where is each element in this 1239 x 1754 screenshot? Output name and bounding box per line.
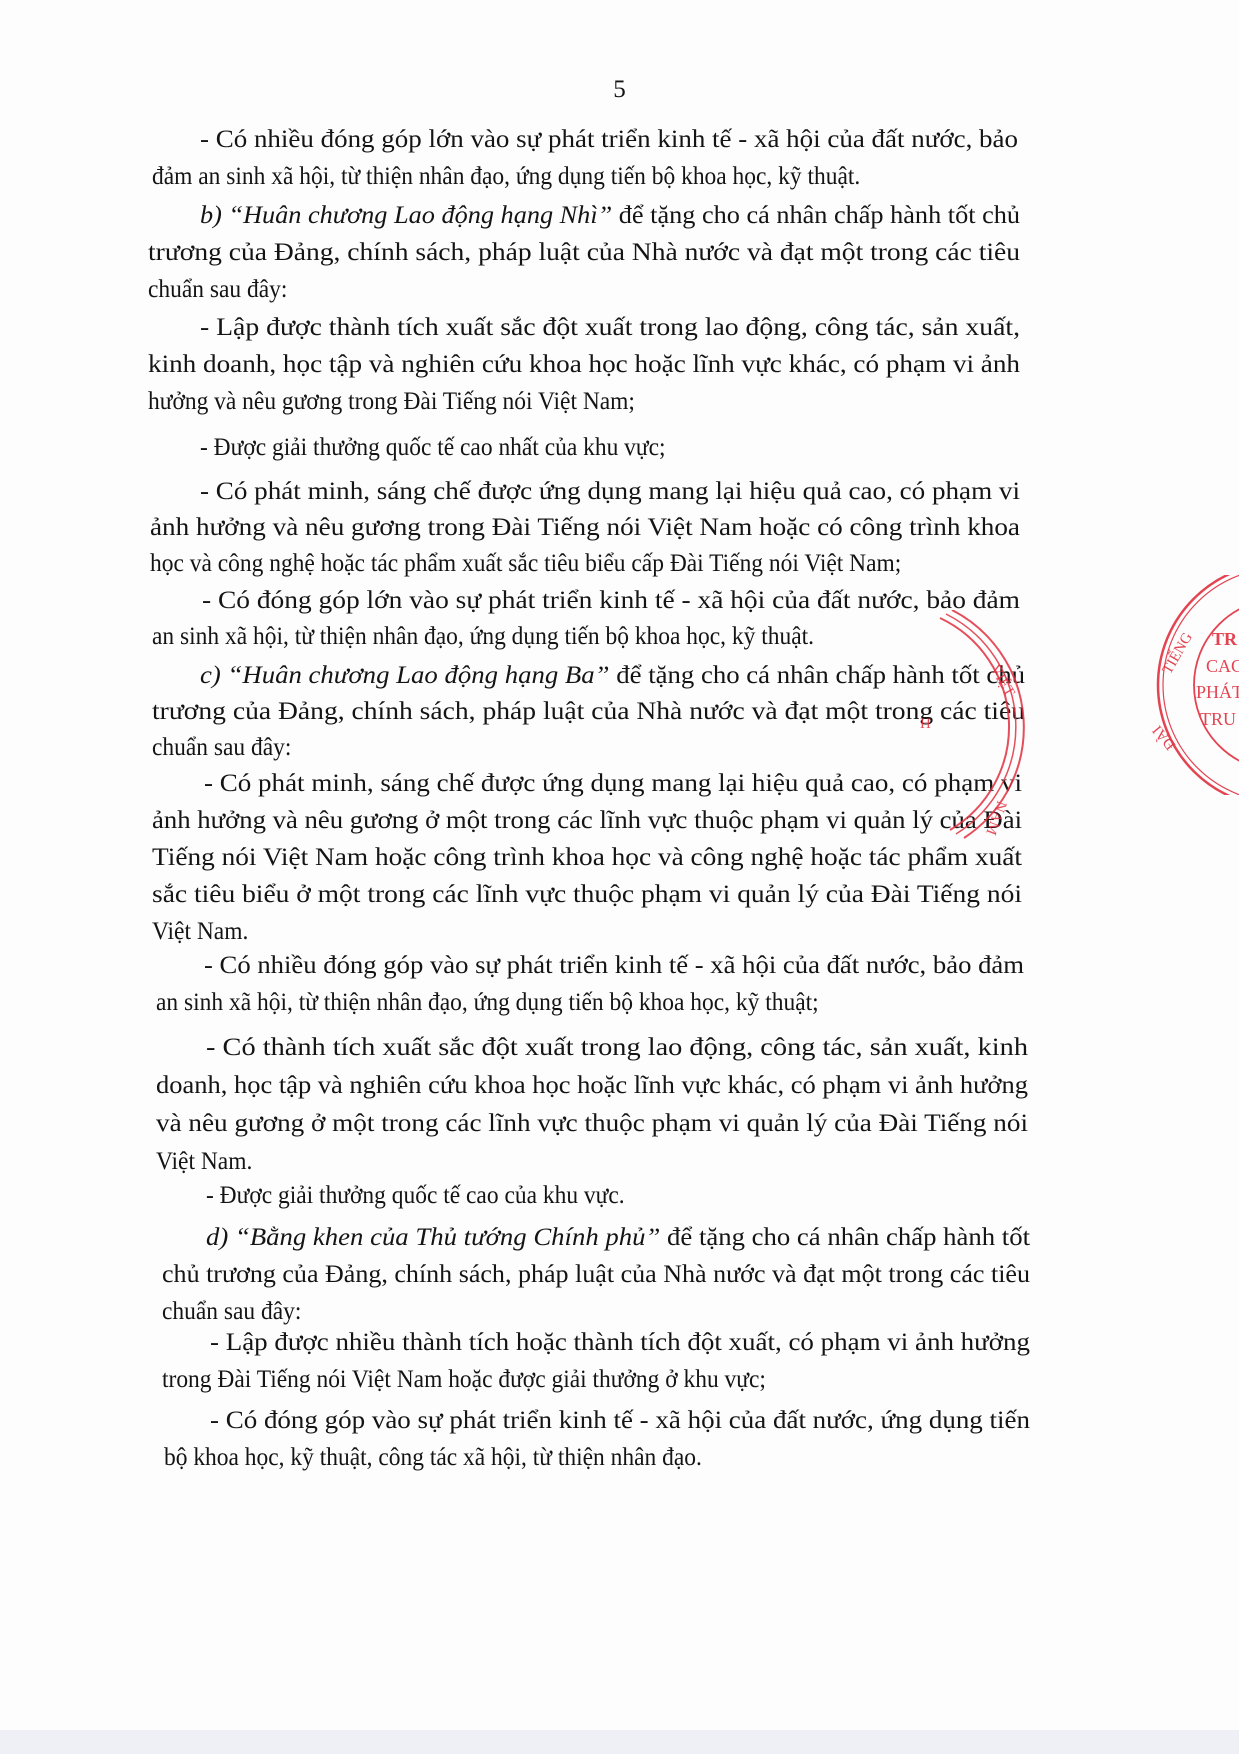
section-label: b) bbox=[200, 200, 228, 229]
document-page: 5 - Có nhiều đóng góp lớn vào sự phát tr… bbox=[0, 0, 1239, 1754]
text-line: an sinh xã hội, từ thiện nhân đạo, ứng d… bbox=[156, 987, 819, 1017]
text-line: - Có đóng góp vào sự phát triển kinh tế … bbox=[210, 1405, 1030, 1435]
section-label: c) bbox=[200, 660, 227, 689]
text-line: - Có phát minh, sáng chế được ứng dụng m… bbox=[200, 476, 1020, 506]
text-line: doanh, học tập và nghiên cứu khoa học ho… bbox=[156, 1070, 1028, 1100]
text-line: Việt Nam. bbox=[152, 916, 248, 946]
text-line: - Được giải thưởng quốc tế cao nhất của … bbox=[200, 432, 666, 462]
svg-text:ĐÀI: ĐÀI bbox=[1150, 722, 1179, 753]
text-line: - Có nhiều đóng góp vào sự phát triển ki… bbox=[204, 950, 1024, 980]
text-line: trương của Đảng, chính sách, pháp luật c… bbox=[148, 237, 1020, 267]
text-line: Tiếng nói Việt Nam hoặc công trình khoa … bbox=[152, 842, 1022, 872]
text-line: kinh doanh, học tập và nghiên cứu khoa h… bbox=[148, 349, 1020, 379]
section-label: d) bbox=[206, 1222, 235, 1251]
svg-text:TRU: TRU bbox=[1200, 709, 1236, 729]
text-line: chuẩn sau đây: bbox=[152, 732, 291, 762]
text-line: b) “Huân chương Lao động hạng Nhì” để tặ… bbox=[200, 200, 1020, 230]
text-line: ảnh hưởng và nêu gương ở một trong các l… bbox=[152, 805, 1022, 835]
award-title: “Huân chương Lao động hạng Nhì” bbox=[228, 200, 612, 229]
text-line: trong Đài Tiếng nói Việt Nam hoặc được g… bbox=[162, 1364, 766, 1394]
text-line: Việt Nam. bbox=[156, 1146, 252, 1176]
text-line: bộ khoa học, kỹ thuật, công tác xã hội, … bbox=[164, 1442, 702, 1472]
page-number: 5 bbox=[0, 76, 1239, 104]
svg-text:CAC: CAC bbox=[1206, 656, 1239, 676]
svg-text:PHÁT: PHÁT bbox=[1196, 681, 1239, 702]
scan-bottom-edge bbox=[0, 1730, 1239, 1754]
text-line: học và công nghệ hoặc tác phẩm xuất sắc … bbox=[150, 548, 901, 578]
text-line: ảnh hưởng và nêu gương trong Đài Tiếng n… bbox=[150, 512, 1020, 542]
text-line: chủ trương của Đảng, chính sách, pháp lu… bbox=[162, 1259, 1030, 1289]
text-line: - Được giải thưởng quốc tế cao của khu v… bbox=[206, 1180, 625, 1210]
text-line: - Có thành tích xuất sắc đột xuất trong … bbox=[206, 1032, 1028, 1062]
text-line: chuẩn sau đây: bbox=[162, 1296, 301, 1326]
svg-text:TIẾNG: TIẾNG bbox=[1159, 629, 1196, 677]
text-line: hưởng và nêu gương trong Đài Tiếng nói V… bbox=[148, 386, 635, 416]
award-title: “Bằng khen của Thủ tướng Chính phủ” bbox=[235, 1222, 660, 1251]
seal-stamp-right-icon: TIẾNG ĐÀI TR CAC PHÁT TRU bbox=[1150, 575, 1239, 795]
text-line: sắc tiêu biểu ở một trong các lĩnh vực t… bbox=[152, 879, 1022, 909]
text-line: trương của Đảng, chính sách, pháp luật c… bbox=[152, 696, 1025, 726]
text-line: - Lập được thành tích xuất sắc đột xuất … bbox=[200, 312, 1020, 342]
text-line: - Có đóng góp lớn vào sự phát triển kinh… bbox=[202, 585, 1020, 615]
text-line: và nêu gương ở một trong các lĩnh vực th… bbox=[156, 1108, 1028, 1138]
award-title: “Huân chương Lao động hạng Ba” bbox=[227, 660, 609, 689]
text-line: - Có nhiều đóng góp lớn vào sự phát triể… bbox=[200, 124, 1018, 154]
text-line: chuẩn sau đây: bbox=[148, 274, 287, 304]
text-line: c) “Huân chương Lao động hạng Ba” để tặn… bbox=[200, 660, 1025, 690]
text-line: d) “Bằng khen của Thủ tướng Chính phủ” đ… bbox=[206, 1222, 1030, 1252]
text-line: - Lập được nhiều thành tích hoặc thành t… bbox=[210, 1327, 1030, 1357]
text-line: đảm an sinh xã hội, từ thiện nhân đạo, ứ… bbox=[152, 161, 860, 191]
text-line: an sinh xã hội, từ thiện nhân đạo, ứng d… bbox=[152, 621, 814, 651]
text-line: - Có phát minh, sáng chế được ứng dụng m… bbox=[204, 768, 1022, 798]
svg-text:TR: TR bbox=[1212, 629, 1238, 649]
